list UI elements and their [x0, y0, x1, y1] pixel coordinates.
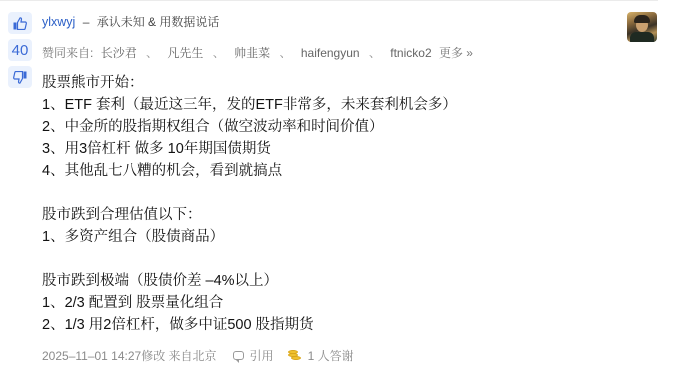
content-line: 3、用3倍杠杆 做多 10年期国债期货 — [42, 138, 457, 160]
content-line: 2、中金所的股指期权组合（做空波动率和时间价值） — [42, 116, 457, 138]
content-line: 股市跌到合理估值以下： — [42, 204, 457, 226]
author-separator: – — [83, 15, 90, 29]
content-line: 1、多资产组合（股债商品） — [42, 226, 457, 248]
thumbs-up-icon — [13, 17, 27, 30]
vote-count: 40 — [12, 42, 29, 59]
upvote-button[interactable] — [8, 12, 32, 34]
upvoter-name[interactable]: ftnicko2 — [390, 46, 431, 60]
vote-count-badge: 40 — [8, 39, 32, 61]
upvoter-name[interactable]: haifengyun — [301, 46, 360, 60]
answer-content: 股票熊市开始： 1、ETF 套利（最近这三年，发的ETF非常多，未来套利机会多）… — [42, 72, 457, 336]
upvoter-name[interactable]: 帅韭菜 — [234, 46, 270, 60]
upvoter-separator: 、 — [213, 46, 225, 60]
content-line: 2、1/3 用2倍杠杆，做多中证500 股指期货 — [42, 314, 457, 336]
content-line: 1、2/3 配置到 股票量化组合 — [42, 292, 457, 314]
more-upvoters-link[interactable]: 更多 » — [439, 46, 473, 60]
quote-label: 引用 — [250, 347, 274, 364]
upvoters-line: 赞同来自: 长沙君 、 凡先生 、 帅韭菜 、 haifengyun 、 ftn… — [42, 44, 473, 61]
upvoter-separator: 、 — [369, 46, 381, 60]
thanks-label: 1 人答谢 — [308, 347, 354, 364]
author-name[interactable]: ylxwyj — [42, 15, 75, 29]
upvoter-name[interactable]: 长沙君 — [101, 46, 137, 60]
author-signature: 承认未知 & 用数据说话 — [97, 15, 220, 29]
quote-button[interactable]: 引用 — [233, 347, 274, 364]
content-line: 股市跌到极端（股债价差 –4%以上） — [42, 270, 457, 292]
content-line: 1、ETF 套利（最近这三年，发的ETF非常多，未来套利机会多） — [42, 94, 457, 116]
comment-bubble-icon — [233, 351, 244, 360]
upvoter-separator: 、 — [279, 46, 291, 60]
upvoters-label: 赞同来自: — [42, 46, 93, 60]
vote-column: 40 — [8, 12, 32, 93]
answer-footer: 2025–11–01 14:27修改 来自北京 引用 1 人答谢 — [42, 347, 354, 364]
content-line: 4、其他乱七八糟的机会，看到就搞点 — [42, 160, 457, 182]
modified-time: 2025–11–01 14:27修改 来自北京 — [42, 347, 217, 364]
content-line: 股票熊市开始： — [42, 72, 457, 94]
content-blank-line — [42, 248, 457, 270]
thumbs-down-icon — [13, 71, 27, 84]
coins-icon — [288, 350, 300, 362]
downvote-button[interactable] — [8, 66, 32, 88]
answer-header: ylxwyj – 承认未知 & 用数据说话 — [42, 13, 219, 30]
upvoter-separator: 、 — [146, 46, 158, 60]
thanks-button[interactable]: 1 人答谢 — [288, 347, 354, 364]
content-blank-line — [42, 182, 457, 204]
top-divider — [0, 0, 658, 1]
author-avatar[interactable] — [627, 12, 657, 42]
upvoter-name[interactable]: 凡先生 — [167, 46, 203, 60]
